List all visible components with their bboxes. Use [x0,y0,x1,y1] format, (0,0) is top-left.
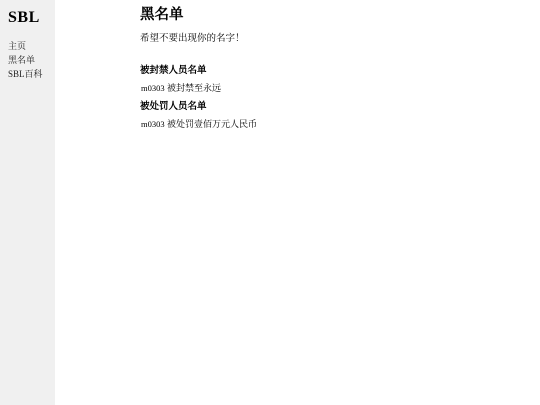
blacklist-entry: m0303 被封禁至永远 [141,83,500,93]
section-heading-banned: 被封禁人员名单 [140,66,500,76]
sidebar-item-blacklist[interactable]: 黑名单 [8,53,47,67]
entry-id: m0303 [141,119,167,129]
blacklist-entry: m0303 被处罚壹佰万元人民币 [141,119,500,129]
sidebar-item-home[interactable]: 主页 [8,39,47,53]
page-title: 黑名单 [140,8,500,23]
brand-title[interactable]: SBL [8,9,47,27]
entry-id: m0303 [141,83,167,93]
main-content: 黑名单 希望不要出现你的名字！ 被封禁人员名单 m0303 被封禁至永远 被处罚… [140,0,500,129]
sidebar-item-sbl-wiki[interactable]: SBL百科 [8,67,47,81]
entry-description: 被处罚壹佰万元人民币 [167,119,257,129]
sidebar-nav: 主页 黑名单 SBL百科 [8,39,47,81]
section-heading-punished: 被处罚人员名单 [140,102,500,112]
sidebar: SBL 主页 黑名单 SBL百科 [0,0,55,405]
page-subtitle: 希望不要出现你的名字！ [140,34,500,44]
entry-description: 被封禁至永远 [167,83,221,93]
